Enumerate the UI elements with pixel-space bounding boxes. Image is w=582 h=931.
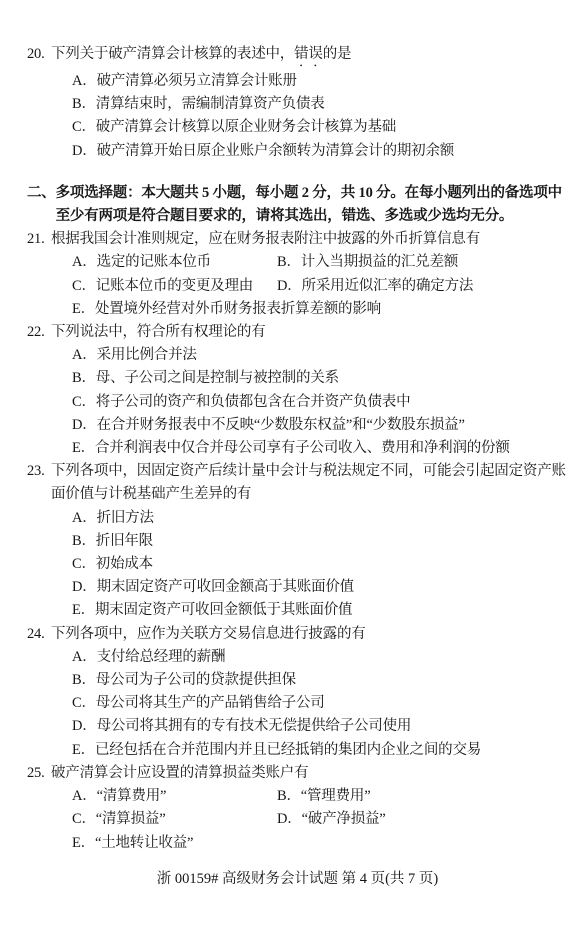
question-20: 20. 下列关于破产清算会计核算的表述中，错误的是 A．破产清算必须另立清算会计…	[27, 43, 568, 163]
question-24-stem: 下列各项中，应作为关联方交易信息进行披露的有	[51, 623, 568, 646]
question-25-stem-row: 25. 破产清算会计应设置的清算损益类账户有	[27, 762, 568, 785]
section-2-instructions: 多项选择题：本大题共 5 小题，每小题 2 分，共 10 分。在每小题列出的备选…	[56, 182, 568, 228]
question-24-stem-row: 24. 下列各项中，应作为关联方交易信息进行披露的有	[27, 623, 568, 646]
question-25-option-d: D．“破产净损益”	[277, 808, 568, 831]
question-23-options: A．折旧方法 B．折旧年限 C．初始成本 D．期末固定资产可收回金额高于其账面价…	[72, 507, 568, 623]
question-23-number: 23.	[27, 460, 51, 483]
question-22-number: 22.	[27, 321, 51, 344]
question-24-option-a: A．支付给总经理的薪酬	[72, 646, 568, 669]
question-21-option-d: D．所采用近似汇率的确定方法	[277, 275, 568, 298]
question-23-option-b: B．折旧年限	[72, 530, 568, 553]
question-20-option-a: A．破产清算必须另立清算会计账册	[72, 70, 568, 93]
question-25-option-a: A．“清算费用”	[72, 785, 277, 808]
stem-text-pre: 下列关于破产清算会计核算的表述中，	[51, 46, 294, 62]
question-22-option-e: E．合并利润表中仅合并母公司享有子公司收入、费用和净利润的份额	[72, 437, 568, 460]
question-25-option-b: B．“管理费用”	[277, 785, 568, 808]
question-22-options: A．采用比例合并法 B．母、子公司之间是控制与被控制的关系 C．将子公司的资产和…	[72, 344, 568, 460]
question-25: 25. 破产清算会计应设置的清算损益类账户有 A．“清算费用” B．“管理费用”…	[27, 762, 568, 855]
question-21-option-c: C．记账本位币的变更及理由	[72, 275, 277, 298]
question-21-options: A．选定的记账本位币 B．计入当期损益的汇兑差额 C．记账本位币的变更及理由 D…	[72, 251, 568, 321]
question-20-option-c: C．破产清算会计核算以原企业财务会计核算为基础	[72, 116, 568, 139]
exam-page: 20. 下列关于破产清算会计核算的表述中，错误的是 A．破产清算必须另立清算会计…	[0, 0, 582, 891]
question-25-number: 25.	[27, 762, 51, 785]
section-2-instructions-line2: 至少有两项是符合题目要求的，请将其选出，错选、多选或少选均无分。	[56, 205, 568, 228]
question-21-option-e: E．处置境外经营对外币财务报表折算差额的影响	[72, 298, 568, 321]
question-23-stem-line2: 面价值与计税基础产生差异的有	[51, 483, 568, 506]
emphasized-text: 错误	[294, 46, 323, 62]
question-22-option-b: B．母、子公司之间是控制与被控制的关系	[72, 367, 568, 390]
question-22-stem: 下列说法中，符合所有权理论的有	[51, 321, 568, 344]
question-23-option-e: E．期末固定资产可收回金额低于其账面价值	[72, 599, 568, 622]
question-21-stem-row: 21. 根据我国会计准则规定，应在财务报表附注中披露的外币折算信息有	[27, 228, 568, 251]
question-20-stem: 下列关于破产清算会计核算的表述中，错误的是	[51, 43, 568, 70]
question-20-number: 20.	[27, 43, 51, 66]
question-22-option-d: D．在合并财务报表中不反映“少数股东权益”和“少数股东损益”	[72, 414, 568, 437]
question-22-option-c: C．将子公司的资产和负债都包含在合并资产负债表中	[72, 391, 568, 414]
question-23-stem: 下列各项中，因固定资产后续计量中会计与税法规定不同，可能会引起固定资产账 面价值…	[51, 460, 568, 506]
section-2-header: 二、 多项选择题：本大题共 5 小题，每小题 2 分，共 10 分。在每小题列出…	[27, 182, 568, 228]
question-25-options: A．“清算费用” B．“管理费用” C．“清算损益” D．“破产净损益” E．“…	[72, 785, 568, 855]
question-21: 21. 根据我国会计准则规定，应在财务报表附注中披露的外币折算信息有 A．选定的…	[27, 228, 568, 321]
section-2-header-row: 二、 多项选择题：本大题共 5 小题，每小题 2 分，共 10 分。在每小题列出…	[27, 182, 568, 228]
question-24-option-b: B．母公司为子公司的贷款提供担保	[72, 669, 568, 692]
question-21-option-b: B．计入当期损益的汇兑差额	[277, 251, 568, 274]
question-23-stem-row: 23. 下列各项中，因固定资产后续计量中会计与税法规定不同，可能会引起固定资产账…	[27, 460, 568, 506]
question-24-options: A．支付给总经理的薪酬 B．母公司为子公司的贷款提供担保 C．母公司将其生产的产…	[72, 646, 568, 762]
question-21-stem: 根据我国会计准则规定，应在财务报表附注中披露的外币折算信息有	[51, 228, 568, 251]
question-20-option-d: D．破产清算开始日原企业账户余额转为清算会计的期初余额	[72, 140, 568, 163]
question-24-option-c: C．母公司将其生产的产品销售给子公司	[72, 692, 568, 715]
question-20-options: A．破产清算必须另立清算会计账册 B．清算结束时，需编制清算资产负债表 C．破产…	[72, 70, 568, 163]
question-25-stem: 破产清算会计应设置的清算损益类账户有	[51, 762, 568, 785]
question-22: 22. 下列说法中，符合所有权理论的有 A．采用比例合并法 B．母、子公司之间是…	[27, 321, 568, 460]
question-25-option-c: C．“清算损益”	[72, 808, 277, 831]
question-20-option-b: B．清算结束时，需编制清算资产负债表	[72, 93, 568, 116]
question-22-option-a: A．采用比例合并法	[72, 344, 568, 367]
question-23: 23. 下列各项中，因固定资产后续计量中会计与税法规定不同，可能会引起固定资产账…	[27, 460, 568, 622]
section-2-number: 二、	[27, 182, 56, 205]
question-22-stem-row: 22. 下列说法中，符合所有权理论的有	[27, 321, 568, 344]
page-footer: 浙 00159# 高级财务会计试题 第 4 页(共 7 页)	[27, 868, 568, 891]
question-20-stem-row: 20. 下列关于破产清算会计核算的表述中，错误的是	[27, 43, 568, 70]
question-21-option-a: A．选定的记账本位币	[72, 251, 277, 274]
question-23-option-a: A．折旧方法	[72, 507, 568, 530]
question-24: 24. 下列各项中，应作为关联方交易信息进行披露的有 A．支付给总经理的薪酬 B…	[27, 623, 568, 762]
question-24-option-d: D．母公司将其拥有的专有技术无偿提供给子公司使用	[72, 715, 568, 738]
question-24-option-e: E．已经包括在合并范围内并且已经抵销的集团内企业之间的交易	[72, 739, 568, 762]
question-23-stem-line1: 下列各项中，因固定资产后续计量中会计与税法规定不同，可能会引起固定资产账	[51, 460, 568, 483]
stem-text-post: 的是	[323, 46, 352, 62]
question-21-number: 21.	[27, 228, 51, 251]
section-2-instructions-line1: 多项选择题：本大题共 5 小题，每小题 2 分，共 10 分。在每小题列出的备选…	[56, 182, 568, 205]
question-23-option-d: D．期末固定资产可收回金额高于其账面价值	[72, 576, 568, 599]
question-25-option-e: E．“土地转让收益”	[72, 832, 568, 855]
question-23-option-c: C．初始成本	[72, 553, 568, 576]
question-24-number: 24.	[27, 623, 51, 646]
